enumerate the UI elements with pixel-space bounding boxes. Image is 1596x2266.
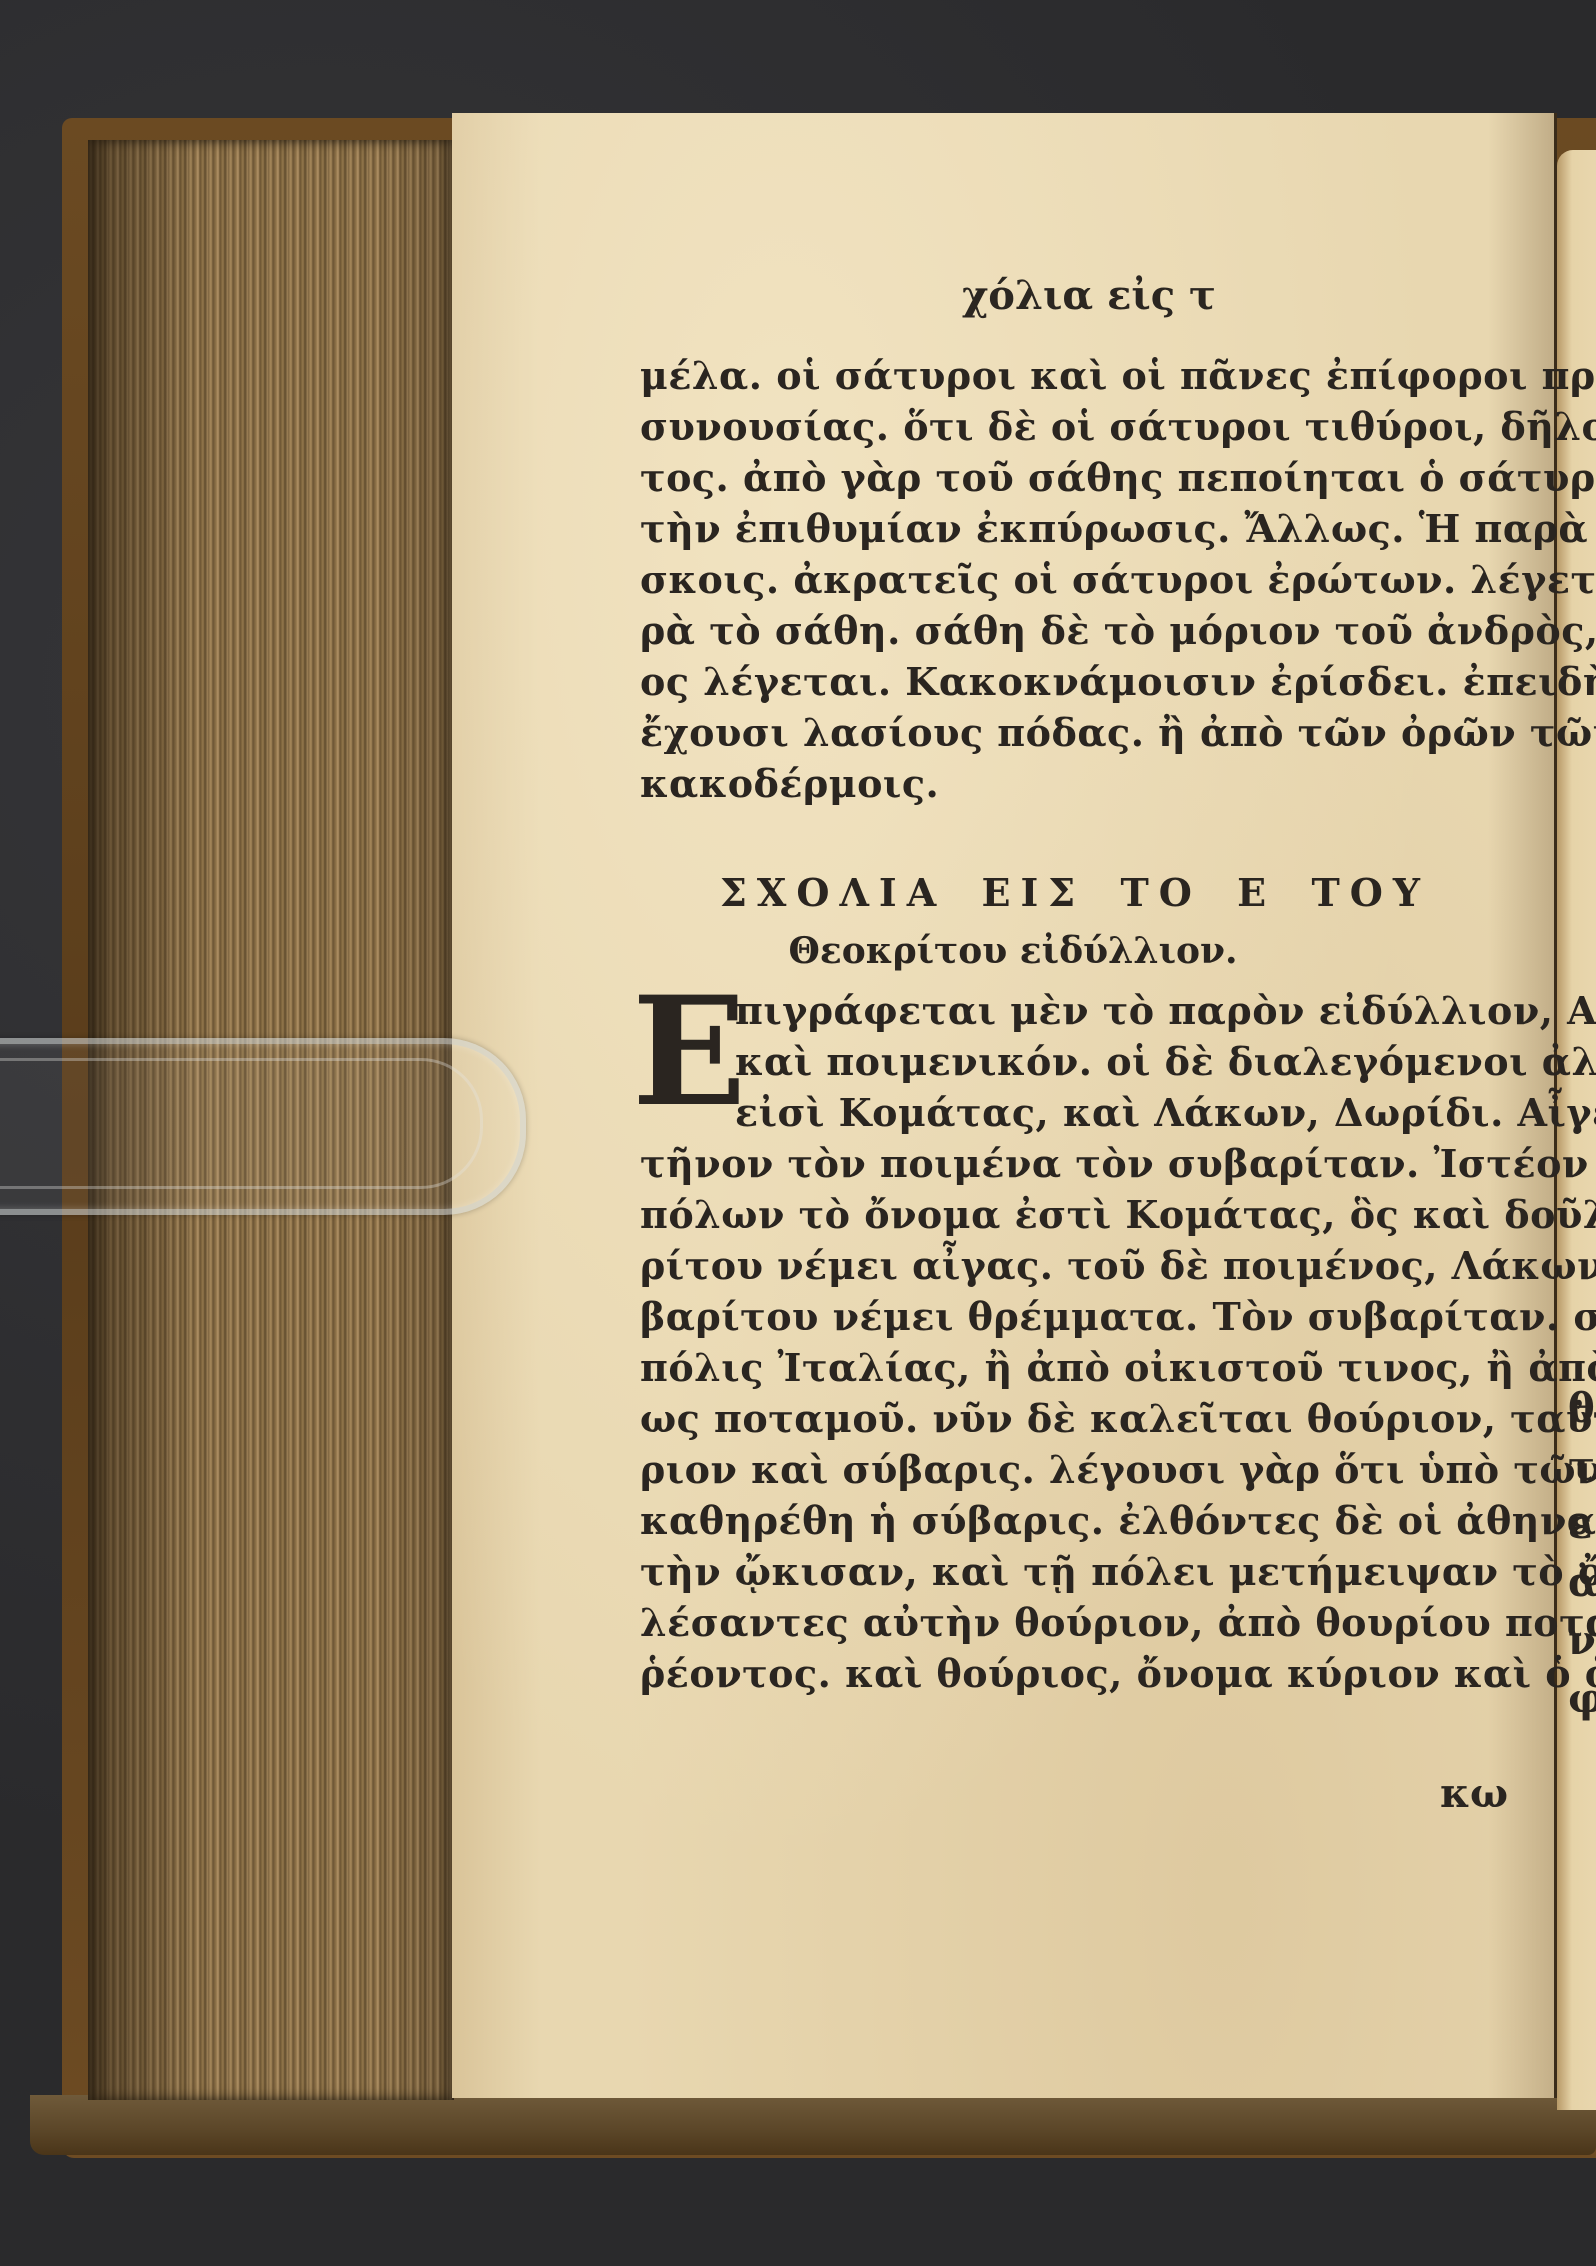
text-line: μέλα. οἱ σάτυροι καὶ οἱ πᾶνες ἐπίφοροι π…	[640, 350, 1490, 401]
text-line: βαρίτου νέμει θρέμματα. Τὸν συβαρίταν. σ…	[640, 1291, 1490, 1342]
text-line: τος. ἀπὸ γὰρ τοῦ σάθης πεποίηται ὁ σάτυρ…	[640, 452, 1490, 503]
text-line: ἔχουσι λασίους πόδας. ἢ ἀπὸ τῶν ὀρῶν τῶν…	[640, 707, 1490, 758]
text-line: λέσαντες αὐτὴν θούριον, ἀπὸ θουρίου ποτα…	[640, 1597, 1490, 1648]
text-line: ως ποταμοῦ. νῦν δὲ καλεῖται θούριον, ταὐ…	[640, 1393, 1490, 1444]
text-line: πιγράφεται μὲν τὸ παρὸν εἰδύλλιον, Αἰπολ…	[640, 985, 1490, 1036]
running-head: χόλια εἰς τ	[962, 272, 1216, 319]
text-line: τῆνον τὸν ποιμένα τὸν συβαρίταν. Ἰστέον …	[640, 1138, 1490, 1189]
text-line: ρίτου νέμει αἶγας. τοῦ δὲ ποιμένος, Λάκω…	[640, 1240, 1490, 1291]
text-line: καθηρέθη ἡ σύβαρις. ἐλθόντες δὲ οἱ ἀθηνα…	[640, 1495, 1490, 1546]
text-line: τὴν ᾤκισαν, καὶ τῇ πόλει μετήμειψαν τὸ ὄ…	[640, 1546, 1490, 1597]
text-line: πόλις Ἰταλίας, ἢ ἀπὸ οἰκιστοῦ τινος, ἢ ἀ…	[640, 1342, 1490, 1393]
page-holder-clip-inner	[0, 1058, 483, 1189]
catchword: κω	[1440, 1770, 1508, 1817]
continued-commentary: μέλα. οἱ σάτυροι καὶ οἱ πᾶνες ἐπίφοροι π…	[640, 350, 1490, 809]
text-line: πόλων τὸ ὄνομα ἐστὶ Κομάτας, ὃς καὶ δοῦλ…	[640, 1189, 1490, 1240]
new-section-commentary: πιγράφεται μὲν τὸ παρὸν εἰδύλλιον, Αἰπολ…	[640, 985, 1490, 1699]
text-line: ος λέγεται. Κακοκνάμοισιν ἐρίσδει. ἐπειδ…	[640, 656, 1490, 707]
text-line: ρὰ τὸ σάθη. σάθη δὲ τὸ μόριον τοῦ ἀνδρὸς…	[640, 605, 1490, 656]
text-line: κακοδέρμοις.	[640, 758, 1490, 809]
text-line: ῥέοντος. καὶ θούριος, ὄνομα κύριον καὶ ὁ…	[640, 1648, 1490, 1699]
section-subtitle: Θεοκρίτου εἰδύλλιον.	[0, 930, 1596, 972]
section-subtitle-text: Θεοκρίτου εἰδύλλιον.	[788, 930, 1237, 972]
book-cover-bottom-edge	[30, 2095, 1596, 2155]
text-line: τὴν ἐπιθυμίαν ἐκπύρωσις. Ἄλλως. Ἡ παρὰ τ…	[640, 503, 1490, 554]
text-line: ριον καὶ σύβαρις. λέγουσι γὰρ ὅτι ὑπὸ τῶ…	[640, 1444, 1490, 1495]
text-line: εἰσὶ Κομάτας, καὶ Λάκων, Δωρίδι. Αἶγες ἐ…	[640, 1087, 1490, 1138]
section-title: ΣΧΟΛΙΑ ΕΙΣ ΤΟ Ε ΤΟΥ	[720, 870, 1430, 915]
text-line: σκοις. ἀκρατεῖς οἱ σάτυροι ἐρώτων. λέγετ…	[640, 554, 1490, 605]
text-line: συνουσίας. ὅτι δὲ οἱ σάτυροι τιθύροι, δῆ…	[640, 401, 1490, 452]
text-line: καὶ ποιμενικόν. οἱ δὲ διαλεγόμενοι ἀλλήλ…	[640, 1036, 1490, 1087]
